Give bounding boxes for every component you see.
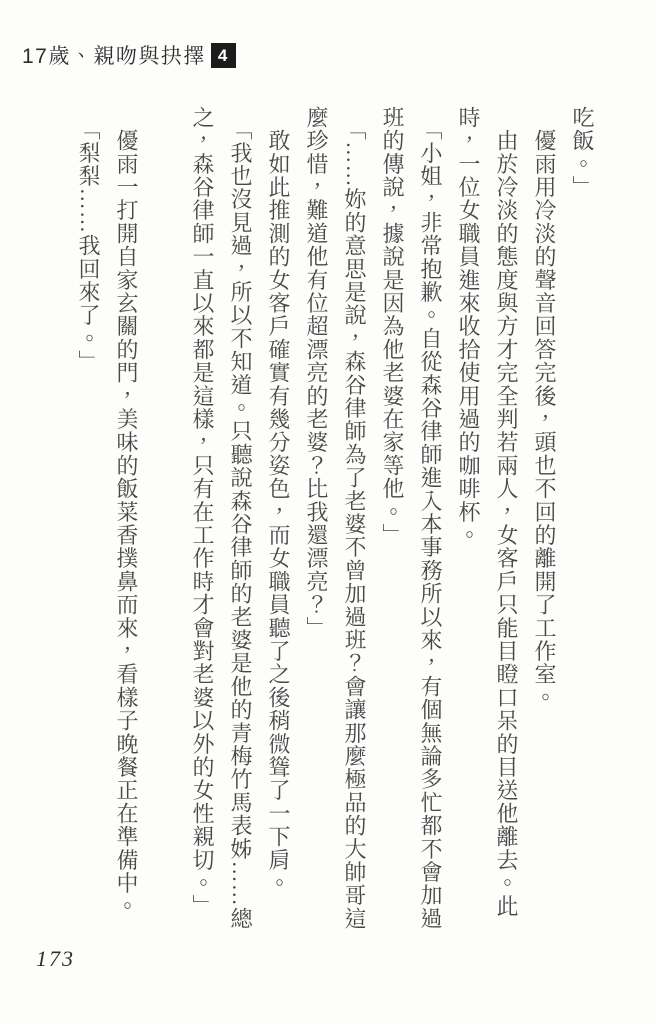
book-page: 17歲、親吻與抉擇 4 吃飯。」 優雨用冷淡的聲音回答完後，頭也不回的離開了工作… [0,0,655,1024]
paragraph: 優雨一打開自家玄關的門，美味的飯菜香撲鼻而來，看樣子晚餐正在準備中。 [107,106,145,946]
paragraph: 敢如此推測的女客戶確實有幾分姿色，而女職員聽了之後稍微聳了一下肩。 [259,106,297,946]
volume-number-badge: 4 [211,43,236,68]
paragraph: 「我也沒見過，所以不知道。只聽說森谷律師的老婆是他的青梅竹馬表姊……總之，森谷律… [183,106,259,946]
paragraph: 「……妳的意思是說，森谷律師為了老婆不曾加過班？會讓那麼極品的大帥哥這麼珍惜，難… [297,106,373,946]
running-header: 17歲、親吻與抉擇 4 [22,40,236,70]
series-title: 17歲、親吻與抉擇 [22,40,206,70]
paragraph: 優雨用冷淡的聲音回答完後，頭也不回的離開了工作室。 [525,106,563,946]
paragraph: 「小姐，非常抱歉。自從森谷律師進入本事務所以來，有個無論多忙都不會加過班的傳說，… [373,106,449,946]
text-block: 吃飯。」 優雨用冷淡的聲音回答完後，頭也不回的離開了工作室。 由於冷淡的態度與方… [69,106,601,946]
paragraph: 由於冷淡的態度與方才完全判若兩人，女客戶只能目瞪口呆的目送他離去。此時，一位女職… [449,106,525,946]
paragraph: 「梨梨……我回來了。」 [69,106,107,946]
paragraph: 吃飯。」 [563,106,601,946]
page-number: 173 [36,946,75,972]
